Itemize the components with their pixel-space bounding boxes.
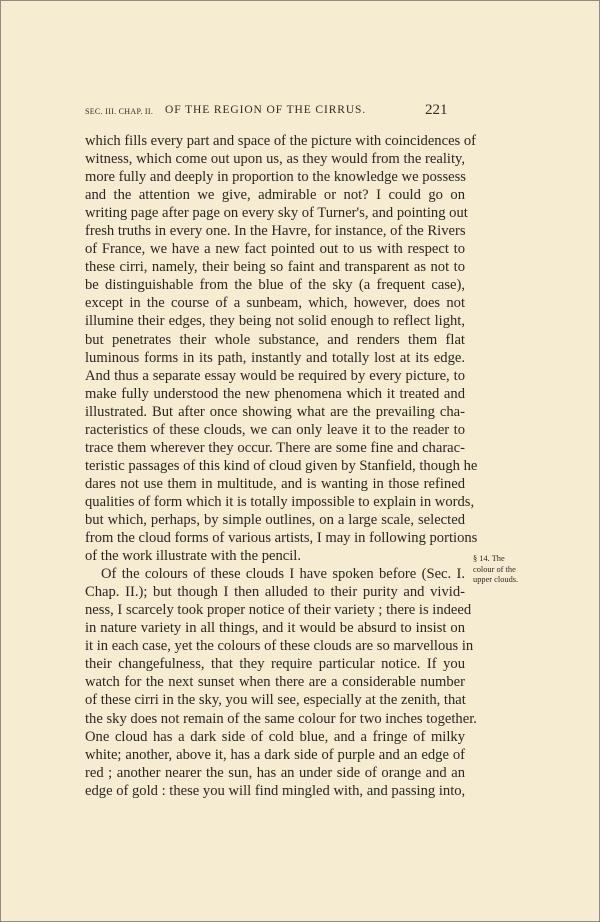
- book-page: Sec. III. Chap. II. Of the Region of the…: [0, 0, 600, 922]
- text-line: red ; another nearer the sun, has an und…: [85, 764, 465, 782]
- text-line: trace them wherever they occur. There ar…: [85, 439, 465, 457]
- text-line: their changefulness, that they require p…: [85, 655, 465, 673]
- text-line: which fills every part and space of the …: [85, 132, 465, 150]
- text-line: luminous forms in its path, instantly an…: [85, 349, 465, 367]
- margin-note-line: colour of the: [473, 565, 543, 576]
- text-line: it in each case, yet the colours of thes…: [85, 637, 465, 655]
- text-line: of France, we have a new fact pointed ou…: [85, 240, 465, 258]
- text-line: racteristics of these clouds, we can onl…: [85, 421, 465, 439]
- text-line: And thus a separate essay would be requi…: [85, 367, 465, 385]
- text-line: of these cirri in the sky, you will see,…: [85, 691, 465, 709]
- text-line: teristic passages of this kind of cloud …: [85, 457, 465, 475]
- text-line: One cloud has a dark side of cold blue, …: [85, 728, 465, 746]
- text-line: more fully and deeply in proportion to t…: [85, 168, 465, 186]
- text-line: illustrated. But after once showing what…: [85, 403, 465, 421]
- text-line: of the work illustrate with the pencil.: [85, 547, 465, 565]
- text-line: white; another, above it, has a dark sid…: [85, 746, 465, 764]
- margin-note-line: upper clouds.: [473, 575, 543, 586]
- text-line: Of the colours of these clouds I have sp…: [85, 565, 465, 583]
- text-line: but which, perhaps, by simple outlines, …: [85, 511, 465, 529]
- text-line: the sky does not remain of the same colo…: [85, 710, 465, 728]
- body-text: which fills every part and space of the …: [85, 132, 465, 800]
- text-line: except in the course of a sunbeam, which…: [85, 294, 465, 312]
- text-line: Chap. II.); but though I then alluded to…: [85, 583, 465, 601]
- text-line: watch for the next sunset when there are…: [85, 673, 465, 691]
- text-line: witness, which come out upon us, as they…: [85, 150, 465, 168]
- text-line: writing page after page on every sky of …: [85, 204, 465, 222]
- margin-note: § 14. Thecolour of theupper clouds.: [473, 554, 543, 586]
- text-line: illumine their edges, they being not sol…: [85, 312, 465, 330]
- margin-note-line: § 14. The: [473, 554, 543, 565]
- text-line: qualities of form which it is totally im…: [85, 493, 465, 511]
- text-line: edge of gold : these you will find mingl…: [85, 782, 465, 800]
- text-line: dares not use them in multitude, and is …: [85, 475, 465, 493]
- text-line: but penetrates their whole substance, an…: [85, 331, 465, 349]
- running-head: Sec. III. Chap. II. Of the Region of the…: [85, 104, 465, 120]
- page-number: 221: [425, 102, 448, 119]
- text-line: make fully understood the new phenomena …: [85, 385, 465, 403]
- text-line: in nature variety in all things, and it …: [85, 619, 465, 637]
- text-line: these cirri, namely, their being so fain…: [85, 258, 465, 276]
- running-head-title: Of the Region of the Cirrus.: [165, 104, 366, 116]
- text-line: be distinguishable from the blue of the …: [85, 276, 465, 294]
- text-line: and the attention we give, admirable or …: [85, 186, 465, 204]
- text-line: from the cloud forms of various artists,…: [85, 529, 465, 547]
- running-head-section: Sec. III. Chap. II.: [85, 107, 153, 116]
- text-line: ness, I scarcely took proper notice of t…: [85, 601, 465, 619]
- text-line: fresh truths in every one. In the Havre,…: [85, 222, 465, 240]
